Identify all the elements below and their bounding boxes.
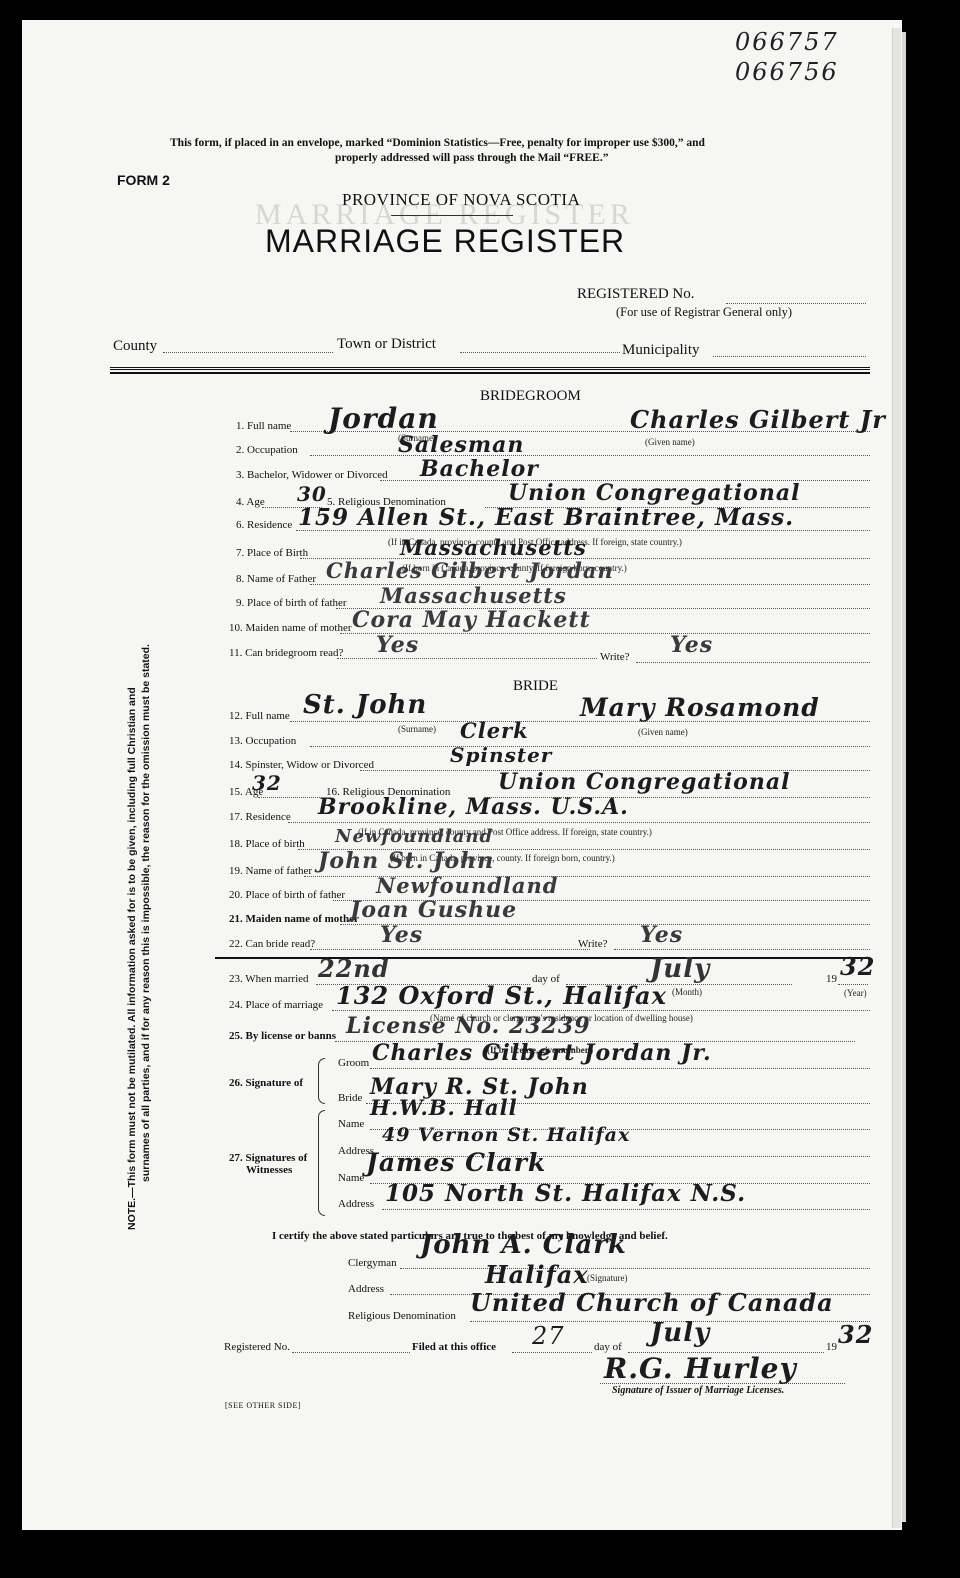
groom-father-birthplace-value: Massachusetts <box>380 583 567 608</box>
year-prefix: 19 <box>826 973 837 985</box>
groom-can-write-label: Write? <box>600 651 629 663</box>
witness-1-name-value: H.W.B. Hall <box>370 1095 518 1120</box>
bridegroom-heading: BRIDEGROOM <box>480 388 581 405</box>
bride-father-birthplace-value: Newfoundland <box>376 873 558 898</box>
side-note-line: surnames of all parties, and if for any … <box>139 644 153 1230</box>
groom-can-read-value: Yes <box>376 632 419 658</box>
groom-signature-label: Groom <box>338 1057 369 1069</box>
groom-can-write-value: Yes <box>670 632 713 658</box>
paper-edge <box>902 32 906 1522</box>
header-divider <box>110 372 870 374</box>
groom-father-label: 8. Name of Father <box>236 573 316 585</box>
filed-label: Filed at this office <box>412 1341 496 1353</box>
license-label: 25. By license or banns <box>229 1030 336 1042</box>
groom-residence-label: 6. Residence <box>236 519 292 531</box>
witnesses-label: 27. Signatures of <box>229 1152 307 1164</box>
groom-occupation-value: Salesman <box>398 432 524 458</box>
bride-occupation-field[interactable] <box>310 746 870 747</box>
registered-no-note: (For use of Registrar General only) <box>616 305 792 320</box>
document-number: 066757 <box>735 28 839 56</box>
clergyman-signature-field[interactable] <box>400 1268 870 1269</box>
filing-registered-no-field[interactable] <box>292 1352 410 1353</box>
witness-2-address-value: 105 North St. Halifax N.S. <box>385 1180 746 1207</box>
issuer-label: Signature of Issuer of Marriage Licenses… <box>612 1385 784 1396</box>
bride-can-read-field[interactable] <box>310 949 590 950</box>
surname-note: (Surname) <box>398 724 436 734</box>
mail-notice: properly addressed will pass through the… <box>335 152 608 164</box>
bride-can-write-value: Yes <box>640 922 683 948</box>
side-note-line: NOTE.—This form must not be mutilated. A… <box>125 644 139 1230</box>
bride-religion-value: Union Congregational <box>498 769 790 795</box>
groom-religion-value: Union Congregational <box>508 480 800 506</box>
witnesses-label: Witnesses <box>246 1164 292 1176</box>
county-label: County <box>113 338 157 355</box>
municipality-label: Municipality <box>622 342 700 359</box>
registered-no-field[interactable] <box>726 303 866 304</box>
brace <box>318 1110 325 1216</box>
bride-can-write-label: Write? <box>578 938 607 950</box>
filed-year-value: 32 <box>838 1320 873 1349</box>
witness-1-address-value: 49 Vernon St. Halifax <box>382 1124 630 1146</box>
bride-status-value: Spinster <box>450 743 552 767</box>
bride-father-birthplace-label: 20. Place of birth of father <box>229 889 345 901</box>
filed-day-value: 27 <box>532 1322 565 1350</box>
groom-birthplace-label: 7. Place of Birth <box>236 547 308 559</box>
clergyman-signature-value: John A. Clark <box>420 1230 627 1260</box>
groom-status-value: Bachelor <box>420 456 539 482</box>
town-field[interactable] <box>460 352 620 353</box>
groom-occupation-field[interactable] <box>310 455 870 456</box>
given-name-note: (Given name) <box>638 727 688 737</box>
groom-can-read-label: 11. Can bridegroom read? <box>229 647 343 659</box>
witness-2-name-value: James Clark <box>366 1148 546 1177</box>
bride-father-label: 19. Name of father <box>229 865 312 877</box>
month-note: (Month) <box>672 987 702 997</box>
groom-age-label: 4. Age <box>236 496 265 508</box>
groom-mother-value: Cora May Hackett <box>352 607 591 633</box>
witness-2-name-label: Name <box>338 1172 364 1184</box>
place-of-marriage-field[interactable] <box>332 1010 870 1011</box>
page-title: MARRIAGE REGISTER <box>265 223 625 260</box>
groom-age-value: 30 <box>297 482 327 506</box>
bride-status-label: 14. Spinster, Widow or Divorced <box>229 759 374 771</box>
bride-residence-value: Brookline, Mass. U.S.A. <box>318 794 629 820</box>
groom-signature-field[interactable] <box>370 1068 870 1069</box>
bride-full-name-label: 12. Full name <box>229 710 290 722</box>
witness-1-name-label: Name <box>338 1118 364 1130</box>
county-field[interactable] <box>163 352 333 353</box>
groom-occupation-label: 2. Occupation <box>236 444 298 456</box>
groom-can-read-field[interactable] <box>337 658 597 659</box>
witness-2-address-label: Address <box>338 1198 374 1210</box>
bride-heading: BRIDE <box>513 678 558 695</box>
marriage-year-field[interactable] <box>838 984 868 985</box>
divider <box>391 215 513 216</box>
form-label: FORM 2 <box>117 172 170 188</box>
clergyman-religion-label: Religious Denomination <box>348 1310 456 1322</box>
when-married-label: 23. When married <box>229 973 309 985</box>
header-divider <box>110 367 870 370</box>
year-prefix: 19 <box>826 1341 837 1353</box>
witness-2-address-field[interactable] <box>382 1209 870 1210</box>
year-note: (Year) <box>844 988 867 998</box>
bride-birthplace-label: 18. Place of birth <box>229 838 305 850</box>
groom-father-birthplace-label: 9. Place of birth of father <box>236 597 347 609</box>
bride-signature-label: Bride <box>338 1092 362 1104</box>
bride-father-value: John St. John <box>318 848 494 874</box>
clergyman-religion-value: United Church of Canada <box>470 1288 834 1317</box>
clergyman-address-label: Address <box>348 1283 384 1295</box>
marriage-year-value: 32 <box>840 952 875 981</box>
bride-can-write-field[interactable] <box>614 949 870 950</box>
mail-notice: This form, if placed in an envelope, mar… <box>170 137 705 149</box>
groom-father-value: Charles Gilbert Jordan <box>326 558 614 583</box>
section-divider <box>215 957 870 959</box>
bride-age-value: 32 <box>252 771 282 795</box>
registered-no-label: REGISTERED No. <box>577 286 695 303</box>
bride-residence-field[interactable] <box>288 822 870 823</box>
groom-full-name-label: 1. Full name <box>236 420 291 432</box>
given-name-note: (Given name) <box>645 437 695 447</box>
bride-residence-label: 17. Residence <box>229 811 291 823</box>
marriage-day-value: 22nd <box>318 954 390 983</box>
bride-given-name-value: Mary Rosamond <box>580 693 820 722</box>
bride-occupation-value: Clerk <box>460 718 529 743</box>
signature-of-label: 26. Signature of <box>229 1077 303 1089</box>
issuer-signature-value: R.G. Hurley <box>604 1352 797 1385</box>
filed-day-field[interactable] <box>512 1352 592 1353</box>
filed-month-value: July <box>650 1318 710 1348</box>
bride-can-read-label: 22. Can bride read? <box>229 938 315 950</box>
filing-registered-no-label: Registered No. <box>224 1341 290 1353</box>
license-value: License No. 23239 <box>346 1013 591 1039</box>
groom-mother-field[interactable] <box>340 633 870 634</box>
signature-note: (Signature) <box>587 1273 628 1283</box>
brace <box>318 1058 325 1104</box>
groom-residence-value: 159 Allen St., East Braintree, Mass. <box>298 504 794 531</box>
bride-surname-value: St. John <box>303 690 427 720</box>
see-other-side-note: [SEE OTHER SIDE] <box>225 1401 301 1410</box>
clergyman-address-value: Halifax <box>485 1260 589 1289</box>
groom-status-label: 3. Bachelor, Widower or Divorced <box>236 469 388 481</box>
groom-given-name-value: Charles Gilbert Jr <box>630 405 886 434</box>
groom-signature-value: Charles Gilbert Jordan Jr. <box>372 1040 712 1066</box>
clergyman-label: Clergyman <box>348 1257 397 1269</box>
municipality-field[interactable] <box>713 356 866 357</box>
bride-can-read-value: Yes <box>380 922 423 948</box>
bride-mother-value: Joan Gushue <box>350 897 517 923</box>
side-note: NOTE.—This form must not be mutilated. A… <box>125 644 153 1230</box>
document-number: 066756 <box>735 58 839 86</box>
place-of-marriage-value: 132 Oxford St., Halifax <box>336 981 667 1010</box>
marriage-month-value: July <box>650 954 710 984</box>
bride-age-field[interactable] <box>258 797 320 798</box>
groom-surname-value: Jordan <box>328 402 439 435</box>
groom-can-write-field[interactable] <box>636 662 870 663</box>
place-of-marriage-label: 24. Place of marriage <box>229 999 323 1011</box>
bride-occupation-label: 13. Occupation <box>229 735 296 747</box>
groom-birthplace-value: Massachusetts <box>400 535 587 560</box>
town-label: Town or District <box>337 336 436 353</box>
paper-edge <box>892 28 901 1528</box>
bride-birthplace-value: Newfoundland <box>335 826 493 847</box>
province-heading: PROVINCE OF NOVA SCOTIA <box>342 190 580 210</box>
groom-mother-label: 10. Maiden name of mother <box>229 622 352 634</box>
